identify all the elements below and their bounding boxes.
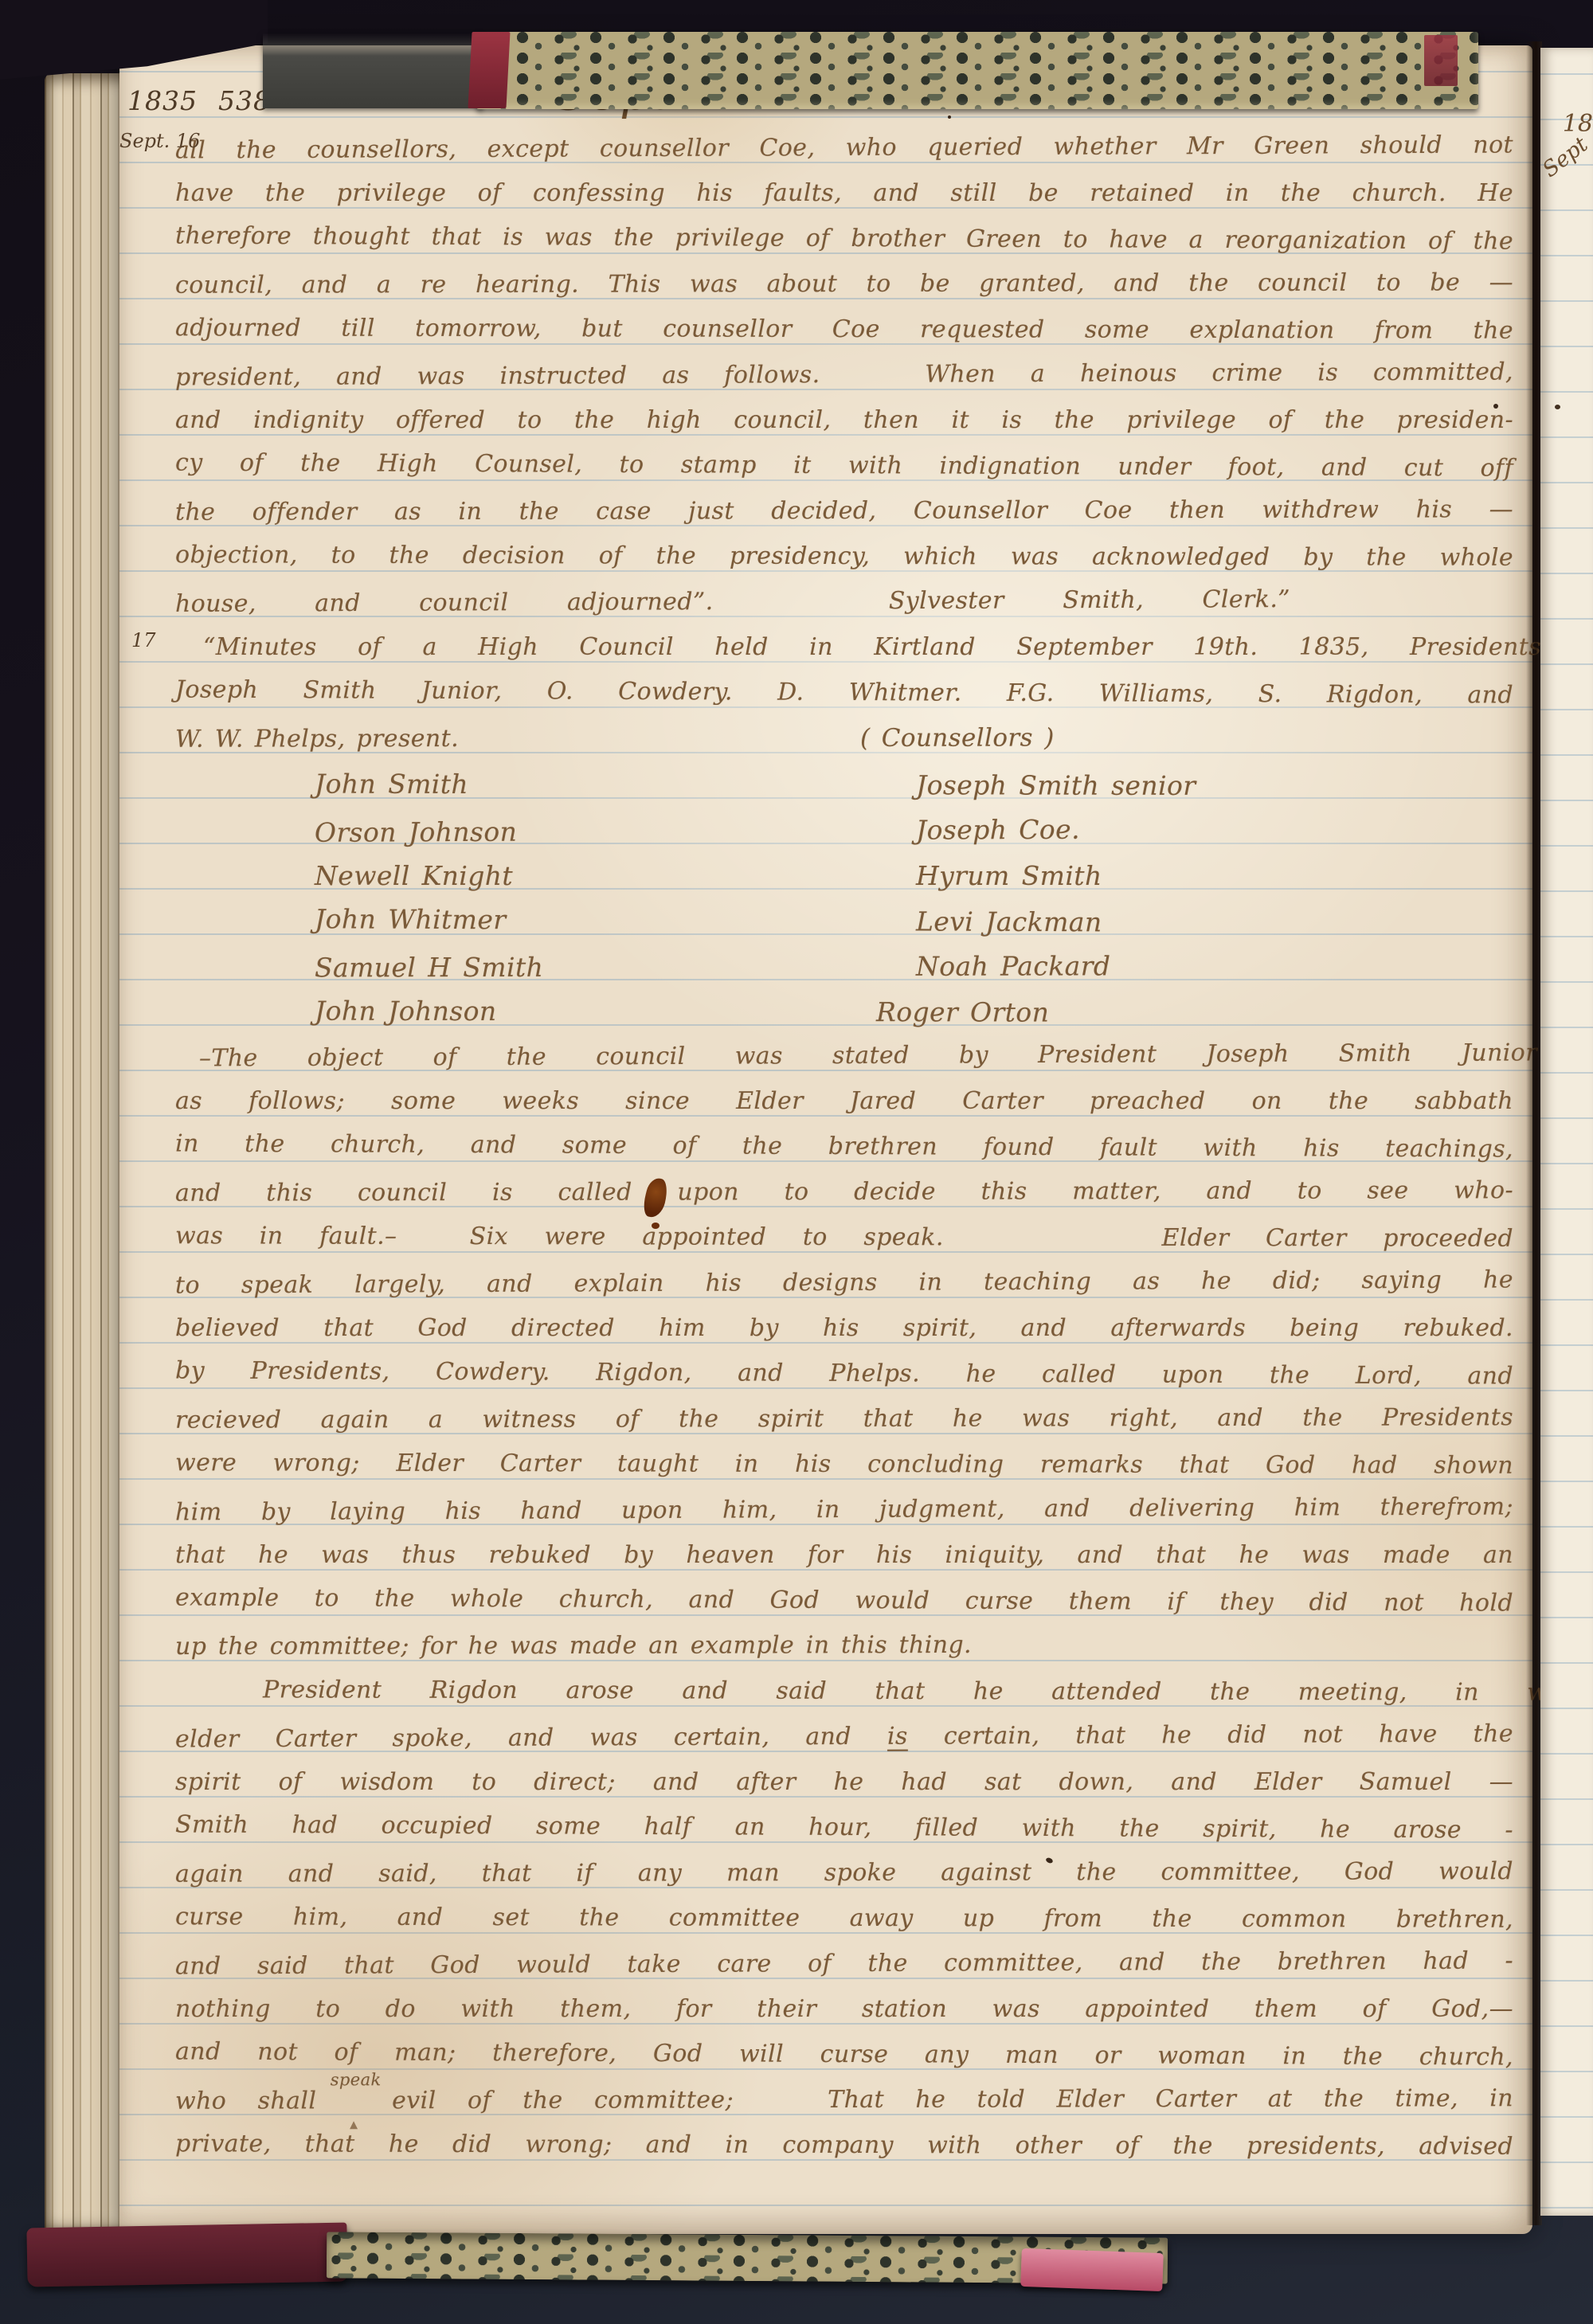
manuscript-line: cy of the High Counsel, to stamp it with…: [175, 449, 1513, 490]
manuscript-line: and this council is called upon to decid…: [175, 1177, 1513, 1215]
counsellor-name: Joseph Smith senior: [916, 770, 1196, 801]
manuscript-line: were wrong; Elder Carter taught in his c…: [175, 1450, 1513, 1488]
counsellor-name: Joseph Coe.: [916, 815, 1080, 846]
manuscript-line: as follows; some weeks since Elder Jared…: [175, 1088, 1513, 1123]
manuscript-line: spirit of wisdom to direct; and after he…: [175, 1769, 1513, 1804]
manuscript-line: who shall speak evil of the committee; T…: [175, 2085, 1513, 2123]
paper-speck: [948, 115, 951, 119]
counsellor-name: Roger Orton: [876, 997, 1049, 1027]
manuscript-line: believed that God directed him by his sp…: [175, 1315, 1513, 1350]
counsellor-name: Orson Johnson: [315, 817, 517, 848]
manuscript-line: recieved again a witness of the spirit t…: [175, 1404, 1513, 1442]
bottom-cover-edge: [26, 2222, 347, 2287]
manuscript-line: him by laying his hand upon him, in judg…: [175, 1493, 1513, 1534]
margin-note: 17: [131, 629, 156, 651]
counsellor-name: Noah Packard: [916, 951, 1111, 981]
leather-spine-fragment: [468, 32, 510, 108]
gutter-shadow: [1526, 41, 1542, 2225]
text-layer: all the counsellors, except counsellor C…: [175, 45, 1513, 2234]
manuscript-line: curse him, and set the committee away up…: [175, 1903, 1513, 1942]
inserted-word-text: speak: [331, 2070, 382, 2089]
leather-spine-fragment: [1424, 35, 1458, 86]
manuscript-line: Joseph Smith Junior, O. Cowdery. D. Whit…: [175, 676, 1513, 717]
board-top-marbled-edge: [476, 32, 1478, 109]
cloth-fragment: [1020, 2248, 1164, 2291]
underlined-word: is: [887, 1723, 908, 1751]
manuscript-line: President Rigdon arose and said that he …: [175, 1676, 1593, 1715]
ink-stain-dot: [652, 1223, 660, 1229]
manuscript-line: “Minutes of a High Council held in Kirtl…: [175, 634, 1541, 669]
manuscript-line: have the privilege of confessing his fau…: [175, 180, 1513, 215]
manuscript-line: W. W. Phelps, present.( Counsellors ): [175, 723, 1513, 761]
paper-speck: [1555, 405, 1560, 409]
manuscript-line: again and said, that if any man spoke ag…: [175, 1858, 1513, 1896]
counsellors-heading: ( Counsellors ): [860, 724, 1055, 753]
manuscript-line: house, and council adjourned”. Sylvester…: [175, 586, 1290, 626]
margin-note: Sept. 16: [119, 130, 200, 152]
next-page-sliver: 18 Sept: [1540, 48, 1593, 2216]
manuscript-line: that he was thus rebuked by heaven for h…: [175, 1542, 1513, 1577]
manuscript-line: John WhitmerLevi Jackman: [175, 903, 1513, 944]
manuscript-line: and indignity offered to the high counci…: [175, 407, 1513, 442]
manuscript-line: example to the whole church, and God wou…: [175, 1584, 1513, 1625]
manuscript-line: Newell KnightHyrum Smith: [175, 861, 1513, 896]
caret-mark: [350, 2121, 358, 2129]
manuscript-line: and said that God would take care of the…: [175, 1947, 1513, 1988]
board-top-edge-plain: [263, 33, 483, 108]
counsellor-name: Levi Jackman: [916, 906, 1102, 937]
manuscript-line: by Presidents, Cowdery. Rigdon, and Phel…: [175, 1357, 1513, 1398]
counsellor-name: John Smith: [315, 769, 468, 800]
counsellor-name: Hyrum Smith: [916, 861, 1102, 891]
manuscript-line: objection, to the decision of the presid…: [175, 542, 1513, 580]
manuscript-line: Smith had occupied some half an hour, fi…: [175, 1811, 1513, 1852]
main-page: 1835538 September 1835 all the counsello…: [119, 45, 1532, 2234]
manuscript-line: in the church, and some of the brethren …: [175, 1130, 1513, 1171]
manuscript-line: John SmithJoseph Smith senior: [175, 769, 1513, 807]
counsellor-name: John Whitmer: [315, 904, 507, 935]
manuscript-line: nothing to do with them, for their stati…: [175, 1996, 1513, 2031]
line-text: W. W. Phelps, present.: [175, 725, 459, 753]
manuscript-photo: { "manuscript": { "folio_year": "1835", …: [0, 0, 1593, 2324]
manuscript-line: up the committee; for he was made an exa…: [175, 1632, 972, 1669]
counsellor-name: John Johnson: [315, 996, 497, 1027]
manuscript-line: Samuel H SmithNoah Packard: [175, 950, 1513, 988]
manuscript-line: all the counsellors, except counsellor C…: [175, 131, 1513, 172]
manuscript-line: president, and was instructed as follows…: [175, 358, 1513, 399]
manuscript-line: John JohnsonRoger Orton: [175, 996, 1513, 1034]
manuscript-line: was in fault.– Six were appointed to spe…: [175, 1223, 1513, 1261]
manuscript-line: –The object of the council was stated by…: [175, 1039, 1537, 1080]
manuscript-line: private, that he did wrong; and in compa…: [175, 2130, 1513, 2169]
manuscript-line: Orson JohnsonJoseph Coe.: [175, 812, 1513, 853]
counsellor-name: Samuel H Smith: [315, 953, 543, 984]
next-page-margin-fragment: Sept: [1538, 132, 1592, 182]
inserted-word: speak: [348, 2100, 361, 2108]
counsellor-name: Newell Knight: [315, 861, 513, 891]
manuscript-line: elder Carter spoke, and was certain, and…: [175, 1720, 1513, 1761]
manuscript-line: therefore thought that is was the privil…: [175, 222, 1513, 263]
manuscript-line: adjourned till tomorrow, but counsellor …: [175, 315, 1513, 353]
paper-speck: [1493, 404, 1498, 409]
manuscript-line: the offender as in the case just decided…: [175, 496, 1513, 534]
manuscript-line: council, and a re hearing. This was abou…: [175, 269, 1513, 307]
manuscript-line: to speak largely, and explain his design…: [175, 1266, 1513, 1307]
